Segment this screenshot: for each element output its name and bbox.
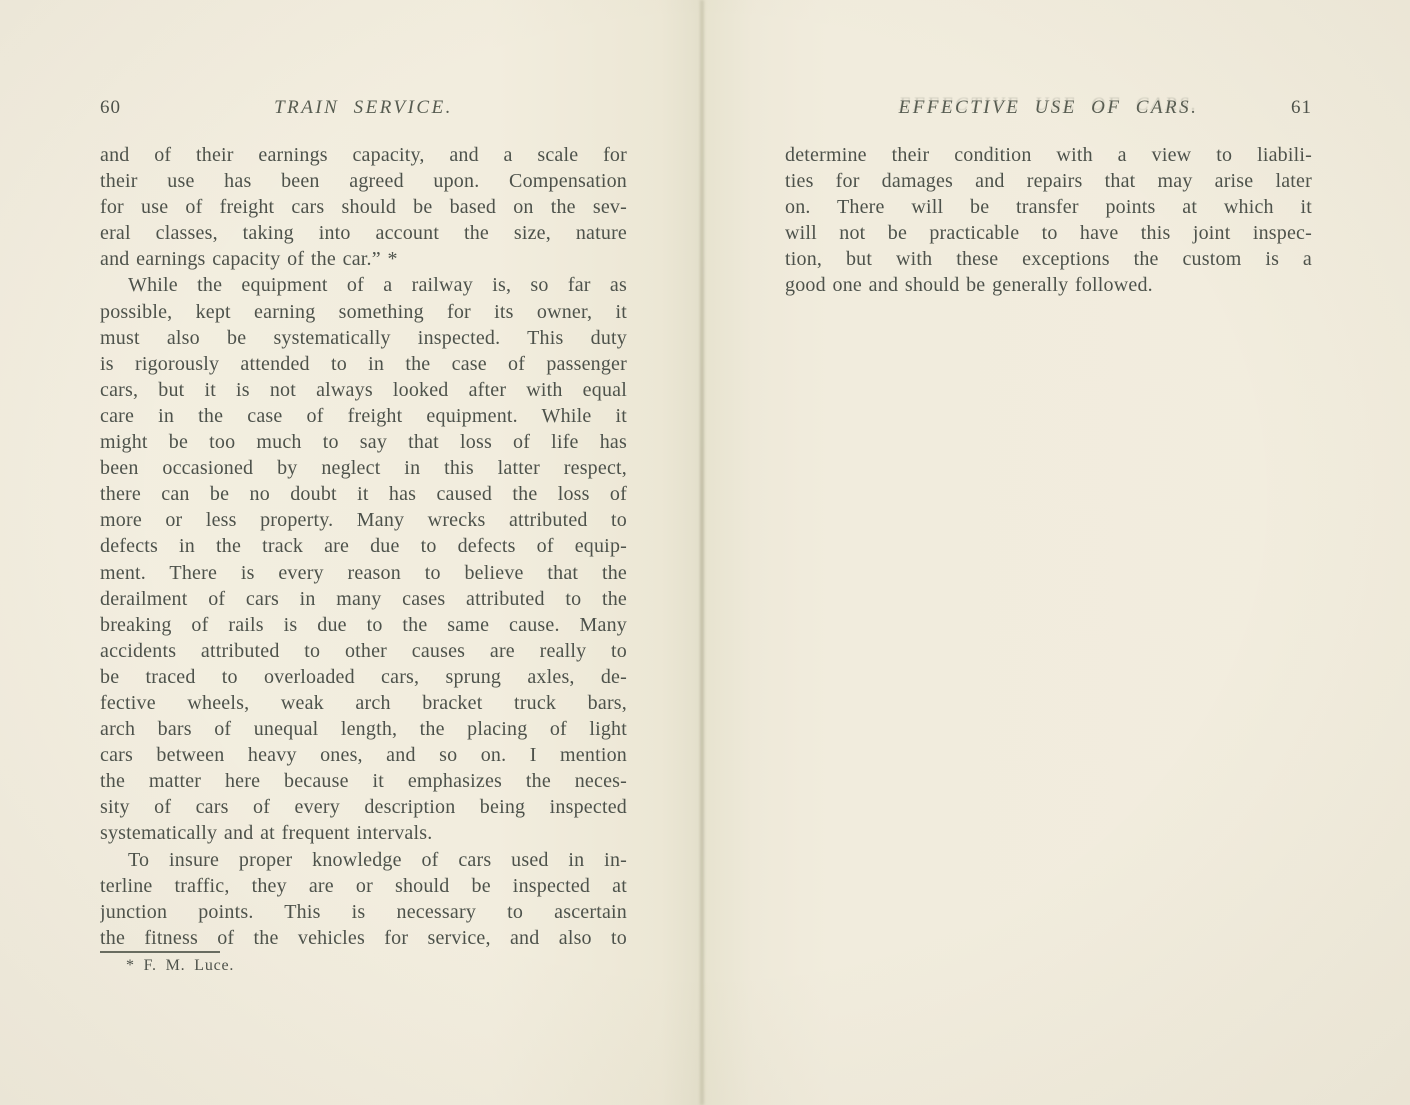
text-line: possible, kept earning something for its…: [100, 299, 627, 325]
left-running-head: TRAIN SERVICE.: [100, 97, 627, 119]
text-line: good one and should be generally followe…: [785, 272, 1312, 298]
text-line: be traced to overloaded cars, sprung axl…: [100, 664, 627, 690]
right-page-number: 61: [1291, 97, 1312, 119]
right-page: EFFECTIVE USE OF CARS. 61 determine thei…: [703, 0, 1410, 1105]
left-page: 60 TRAIN SERVICE. and of their earnings …: [0, 0, 703, 1105]
text-line: might be too much to say that loss of li…: [100, 429, 627, 455]
text-line: determine their condition with a view to…: [785, 142, 1312, 168]
text-line: their use has been agreed upon. Compensa…: [100, 168, 627, 194]
text-line: and of their earnings capacity, and a sc…: [100, 142, 627, 168]
text-line: terline traffic, they are or should be i…: [100, 873, 627, 899]
text-line: must also be systematically inspected. T…: [100, 325, 627, 351]
text-line: will not be practicable to have this joi…: [785, 220, 1312, 246]
text-line: the matter here because it emphasizes th…: [100, 768, 627, 794]
text-line: is rigorously attended to in the case of…: [100, 351, 627, 377]
left-page-column: 60 TRAIN SERVICE. and of their earnings …: [100, 0, 627, 1105]
text-line: been occasioned by neglect in this latte…: [100, 455, 627, 481]
text-line: derailment of cars in many cases attribu…: [100, 586, 627, 612]
left-page-number: 60: [100, 97, 121, 119]
text-line: eral classes, taking into account the si…: [100, 220, 627, 246]
text-line: on. There will be transfer points at whi…: [785, 194, 1312, 220]
text-line: and earnings capacity of the car.” *: [100, 246, 627, 272]
text-line: more or less property. Many wrecks attri…: [100, 507, 627, 533]
footnote-rule: [100, 951, 220, 953]
text-line: for use of freight cars should be based …: [100, 194, 627, 220]
text-line: the fitness of the vehicles for service,…: [100, 925, 627, 951]
text-line: there can be no doubt it has caused the …: [100, 481, 627, 507]
text-line: care in the case of freight equipment. W…: [100, 403, 627, 429]
text-line: To insure proper knowledge of cars used …: [100, 847, 627, 873]
right-page-body: determine their condition with a view to…: [785, 142, 1312, 299]
left-page-footnote: * F. M. Luce.: [100, 951, 627, 975]
footnote-text: * F. M. Luce.: [100, 957, 627, 975]
text-line: accidents attributed to other causes are…: [100, 638, 627, 664]
left-page-body: and of their earnings capacity, and a sc…: [100, 142, 627, 951]
text-line: ment. There is every reason to believe t…: [100, 560, 627, 586]
text-line: ties for damages and repairs that may ar…: [785, 168, 1312, 194]
text-line: sity of cars of every description being …: [100, 794, 627, 820]
text-line: cars, but it is not always looked after …: [100, 377, 627, 403]
left-page-header: 60 TRAIN SERVICE.: [100, 97, 627, 121]
text-line: breaking of rails is due to the same cau…: [100, 612, 627, 638]
right-running-head: EFFECTIVE USE OF CARS.: [785, 97, 1312, 119]
text-line: tion, but with these exceptions the cust…: [785, 246, 1312, 272]
text-line: junction points. This is necessary to as…: [100, 899, 627, 925]
right-page-header: EFFECTIVE USE OF CARS. 61: [785, 97, 1312, 121]
text-line: systematically and at frequent intervals…: [100, 820, 627, 846]
text-line: arch bars of unequal length, the placing…: [100, 716, 627, 742]
text-line: fective wheels, weak arch bracket truck …: [100, 690, 627, 716]
text-line: cars between heavy ones, and so on. I me…: [100, 742, 627, 768]
right-page-column: EFFECTIVE USE OF CARS. 61 determine thei…: [785, 0, 1312, 1105]
text-line: defects in the track are due to defects …: [100, 533, 627, 559]
text-line: While the equipment of a railway is, so …: [100, 272, 627, 298]
